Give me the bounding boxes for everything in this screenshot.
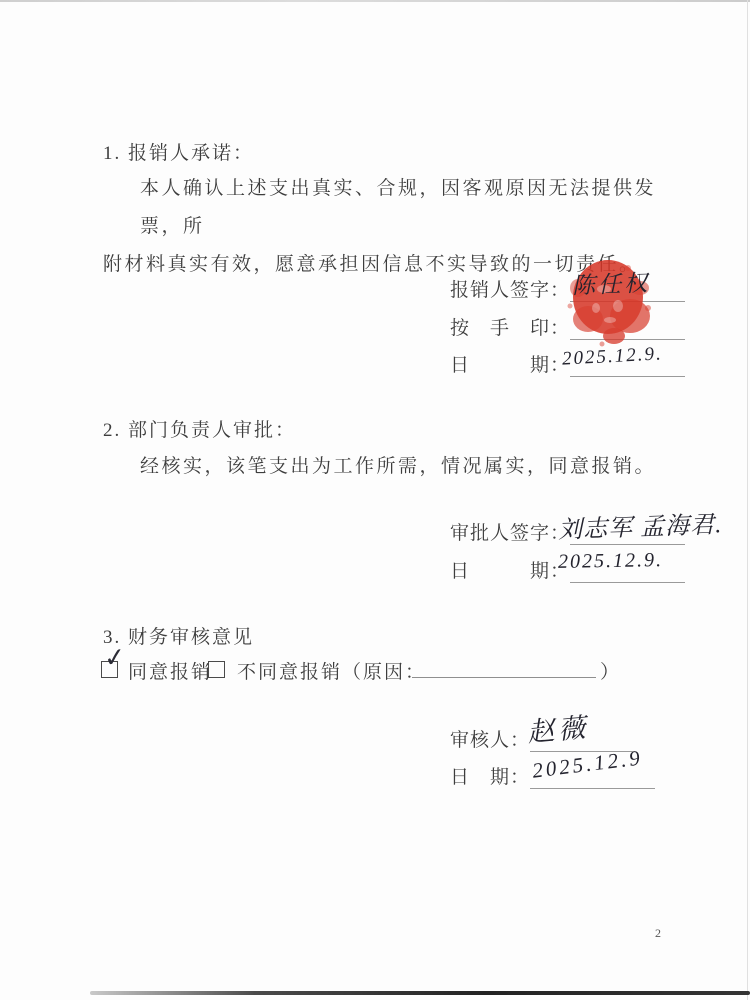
finance-options-row: ✓ 同意报销 不同意报销（原因： ）	[0, 655, 750, 695]
scan-edge-top	[0, 0, 750, 2]
scan-edge-right	[747, 0, 748, 1000]
section2-body: 经核实，该笔支出为工作所需，情况属实，同意报销。	[140, 448, 700, 486]
approver-signature-handwriting: 刘志军 孟海君.	[557, 504, 722, 545]
reimburser-signature-handwriting: 陈任权	[571, 265, 650, 301]
agree-checkmark: ✓	[102, 642, 129, 674]
fingerprint-label: 按 手 印：	[450, 313, 570, 340]
approver-signature-label: 审批人签字：	[450, 518, 570, 545]
agree-label: 同意报销	[128, 657, 212, 684]
page-number: 2	[655, 926, 661, 941]
finance-date-label: 日 期：	[450, 762, 530, 789]
reason-close-paren: ）	[600, 657, 621, 684]
disagree-checkbox	[208, 661, 225, 678]
reimburser-signature-label: 报销人签字：	[450, 275, 570, 302]
reviewer-signature-handwriting: 赵薇	[525, 705, 590, 749]
disagree-label: 不同意报销（原因：	[237, 657, 426, 684]
reviewer-signature-label: 审核人：	[450, 725, 530, 752]
department-date-label: 日 期：	[450, 556, 570, 583]
department-date-handwriting: 2025.12.9.	[558, 549, 663, 574]
reason-blank-line	[412, 657, 596, 678]
scan-edge-bottom	[90, 991, 750, 995]
section2-heading: 2. 部门负责人审批：	[103, 415, 296, 442]
section1-body-line1: 本人确认上述支出真实、合规，因客观原因无法提供发票，所	[103, 170, 663, 246]
scanned-reimbursement-form-page: 1. 报销人承诺： 本人确认上述支出真实、合规，因客观原因无法提供发票，所 附材…	[0, 0, 750, 1000]
commitment-date-label: 日 期：	[450, 350, 570, 377]
section2-body-line1: 经核实，该笔支出为工作所需，情况属实，同意报销。	[140, 448, 700, 486]
section1-heading: 1. 报销人承诺：	[103, 138, 254, 165]
